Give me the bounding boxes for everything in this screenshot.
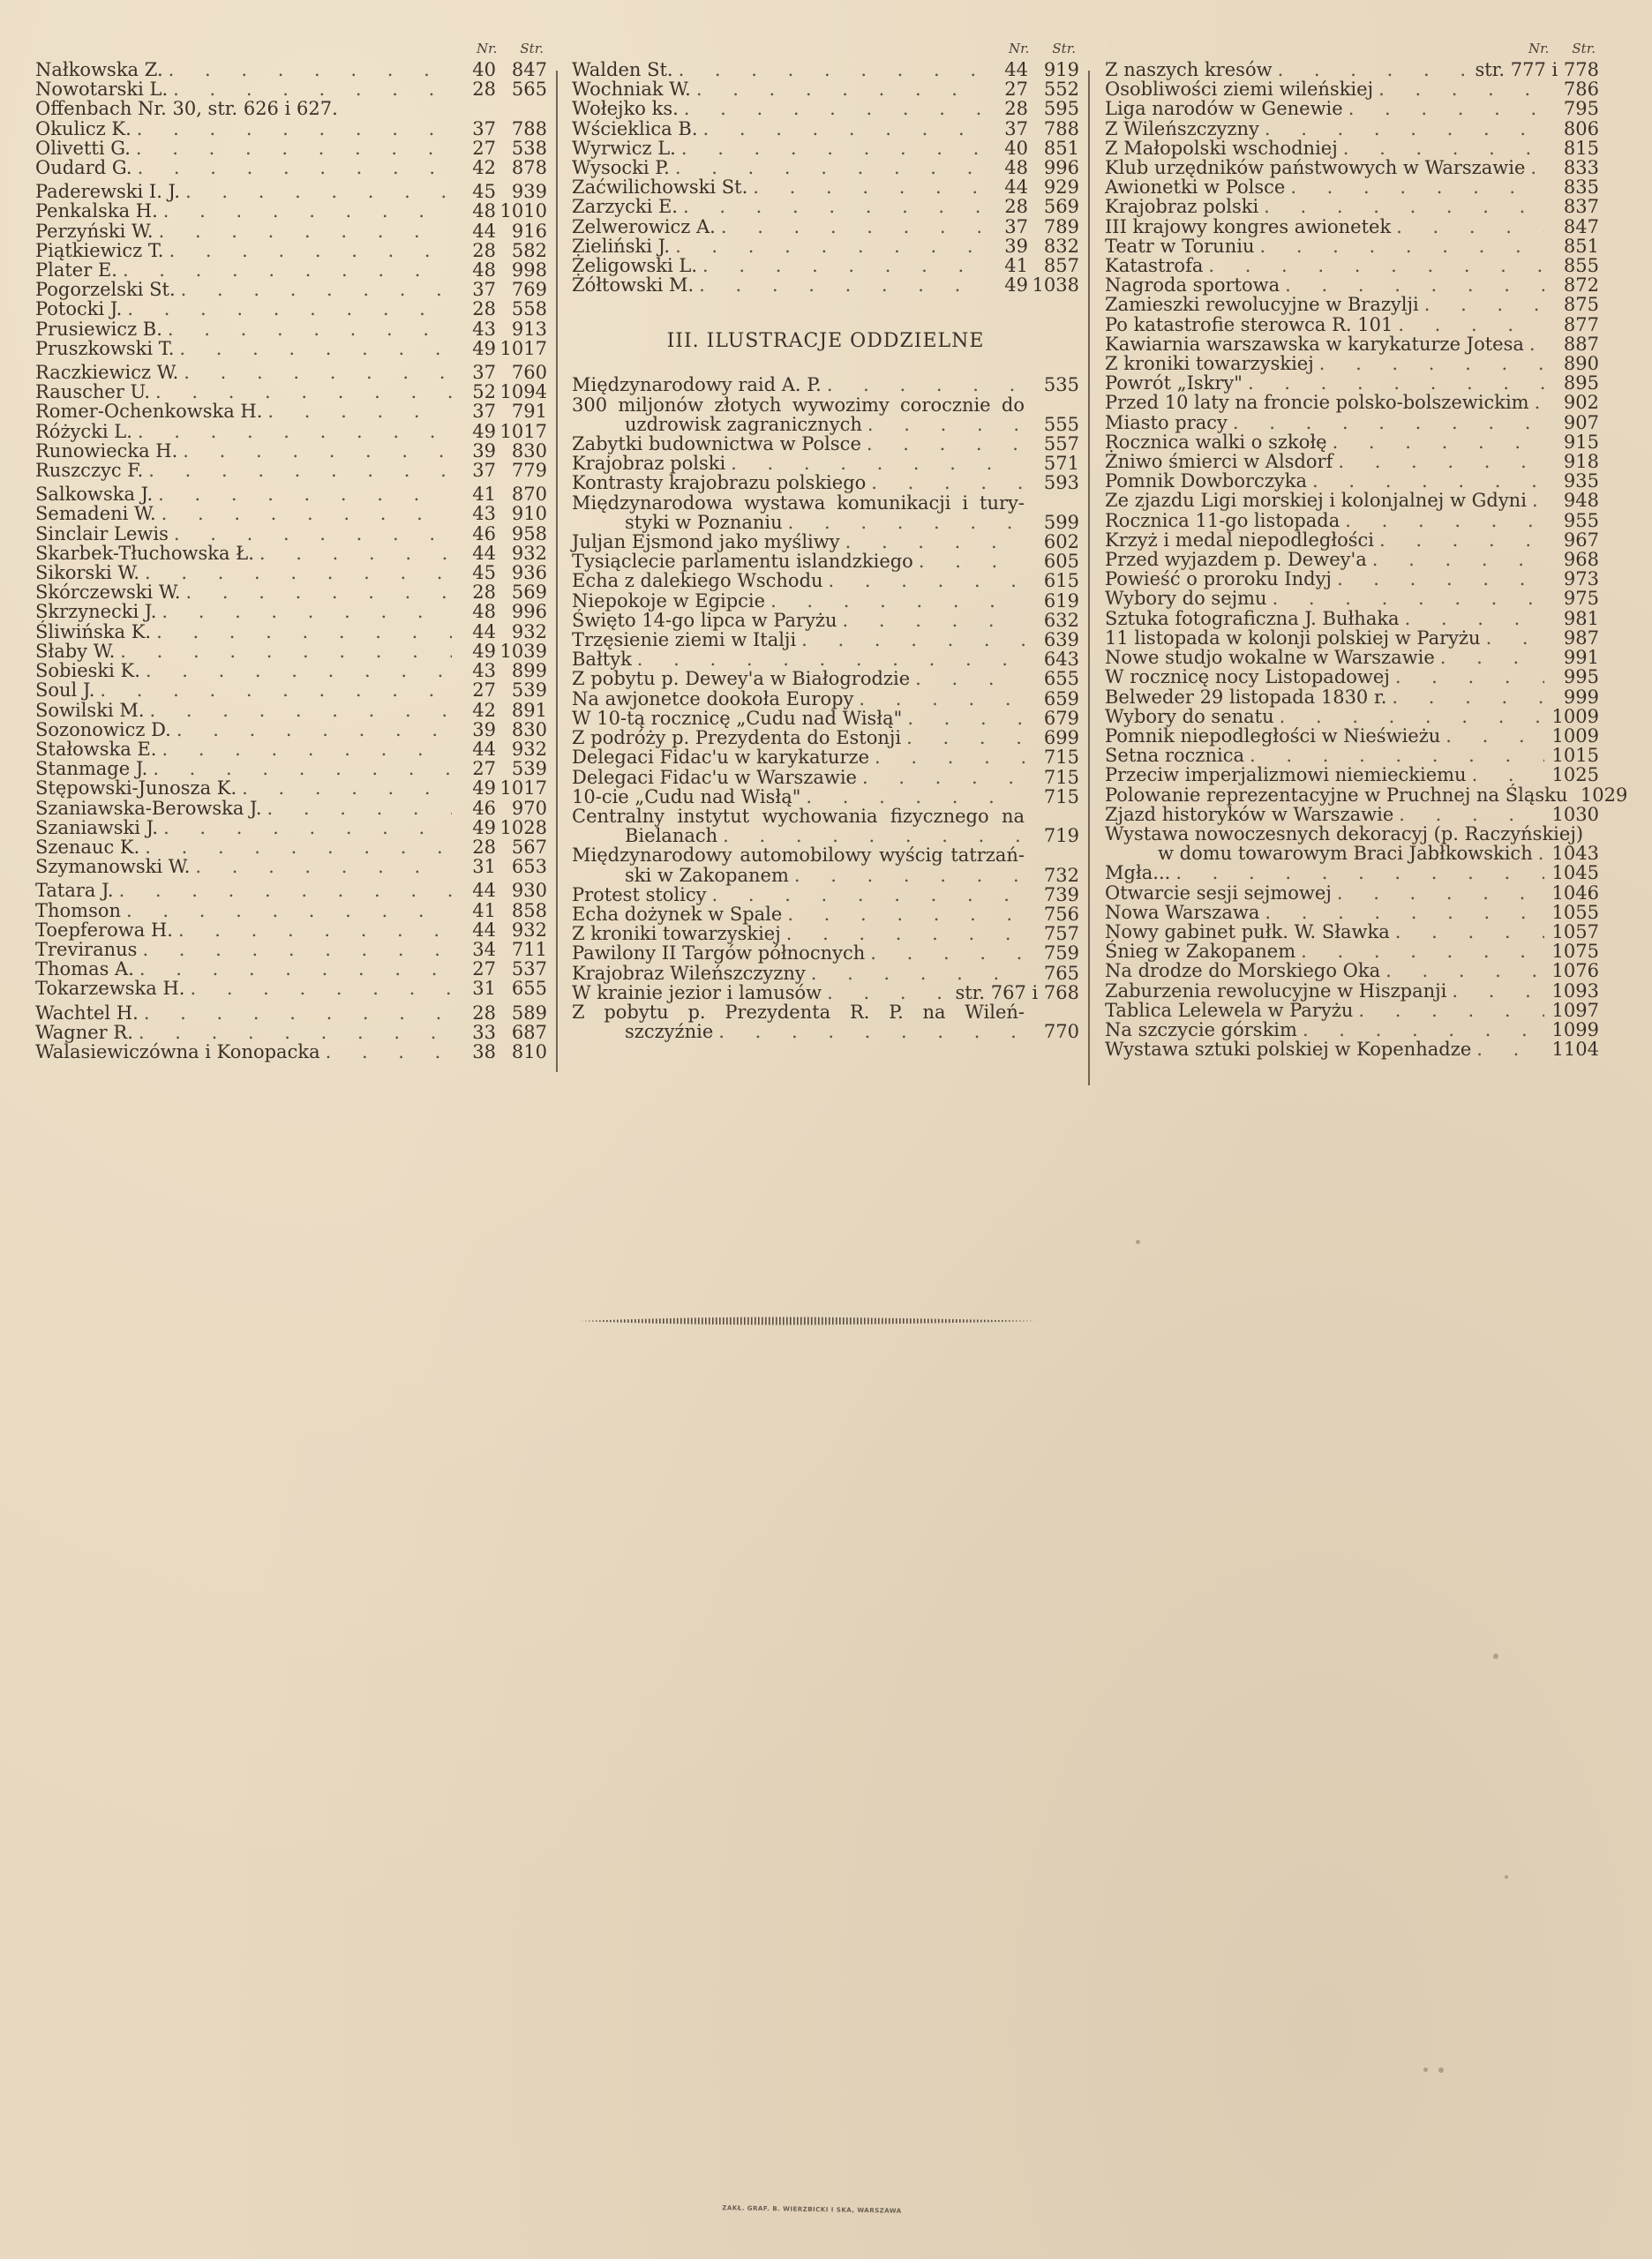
illustration-entry: Z naszych kresówstr. 777 i 778 xyxy=(1105,60,1599,79)
illustration-entry: Awionetki w Polsce835 xyxy=(1105,177,1599,197)
entry-title: Śnieg w Zakopanem xyxy=(1105,942,1295,961)
entry-name: Salkowska J. xyxy=(35,484,153,504)
index-entry: Soul J.27539 xyxy=(35,680,547,700)
entry-page-number: 958 xyxy=(496,524,547,544)
index-entry: Stępowski-Junosza K.491017 xyxy=(35,778,547,798)
index-entry: Walden St.44919 xyxy=(572,60,1079,79)
index-entry: Zaćwilichowski St.44929 xyxy=(572,177,1079,197)
index-entry: Szenauc K.28567 xyxy=(35,837,547,857)
entry-page-number: 847 xyxy=(496,60,547,79)
entry-issue-number: 33 xyxy=(457,1023,496,1042)
dot-leader xyxy=(862,768,1025,787)
entry-name: Olivetti G. xyxy=(35,139,131,158)
entry-issue-number: 28 xyxy=(457,837,496,857)
entry-name: Thomson xyxy=(35,901,121,920)
entry-page-number: 832 xyxy=(1028,236,1079,256)
illustration-entry: W rocznicę nocy Listopadowej995 xyxy=(1105,667,1599,687)
index-entry: Plater E.48998 xyxy=(35,260,547,280)
entry-title-continued: w domu towarowym Braci Jabłkowskich1043 xyxy=(1105,844,1599,863)
entry-page-number: 1009 xyxy=(1550,726,1599,746)
dot-leader xyxy=(906,728,1025,747)
index-page: Nr. Str. Nałkowska Z.40847Nowotarski L.2… xyxy=(0,0,1652,2259)
entry-title: Z Małopolski wschodniej xyxy=(1105,139,1338,158)
entry-page-number: 932 xyxy=(496,920,547,940)
column-divider xyxy=(556,71,558,1072)
dot-leader xyxy=(788,513,1025,532)
dot-leader xyxy=(150,701,452,720)
dot-leader xyxy=(859,689,1025,709)
entry-title: Powieść o proroku Indyj xyxy=(1105,569,1332,589)
header-nr: Nr. xyxy=(1009,37,1029,60)
entry-issue-number: 43 xyxy=(457,504,496,523)
entry-page-number: 837 xyxy=(1550,197,1599,216)
entry-page-number: 899 xyxy=(496,661,547,680)
index-entry: Perzyński W.44916 xyxy=(35,221,547,241)
entry-title: Międzynarodowy automobilowy wyścig tatrz… xyxy=(572,845,1079,865)
entry-issue-number: 39 xyxy=(457,720,496,739)
dot-leader xyxy=(637,649,1025,669)
dot-leader xyxy=(699,275,984,295)
entry-name: Thomas A. xyxy=(35,959,134,979)
illustration-entry: Centralny instytut wychowania fizycznego… xyxy=(572,807,1079,845)
illustration-entry: Z pobytu p. Dewey'a w Białogrodzie655 xyxy=(572,669,1079,688)
entry-title: Rocznica walki o szkołę xyxy=(1105,432,1327,452)
dot-leader xyxy=(1280,707,1544,726)
entry-name: Potocki J. xyxy=(35,299,122,319)
entry-name: Toepferowa H. xyxy=(35,920,173,940)
entry-page-number: 605 xyxy=(1030,552,1079,571)
entry-name: Żółtowski M. xyxy=(572,275,694,295)
index-entry: Zelwerowicz A.37789 xyxy=(572,217,1079,236)
entry-title-tail: w domu towarowym Braci Jabłkowskich xyxy=(1158,844,1533,863)
entry-issue-number: 46 xyxy=(457,524,496,544)
illustration-entry: Kontrasty krajobrazu polskiego593 xyxy=(572,473,1079,492)
entry-title: W krainie jezior i lamusów xyxy=(572,983,822,1002)
entry-page-number: 569 xyxy=(1028,197,1079,216)
entry-issue-number: 43 xyxy=(457,319,496,339)
entry-page-number: 557 xyxy=(1030,434,1079,454)
entry-title: Belweder 29 listopada 1830 r. xyxy=(1105,687,1386,707)
entry-page-number: 719 xyxy=(1030,826,1079,845)
column-header: Nr. Str. xyxy=(572,37,1079,60)
entry-title: Międzynarodowa wystawa komunikacji i tur… xyxy=(572,493,1079,513)
entry-page-number: 795 xyxy=(1550,99,1599,118)
dot-leader xyxy=(1538,844,1544,863)
entry-title: W rocznicę nocy Listopadowej xyxy=(1105,667,1390,687)
entry-page-number: 1057 xyxy=(1550,922,1599,942)
illustration-entry: Trzęsienie ziemi w Italji639 xyxy=(572,630,1079,649)
dot-leader xyxy=(1440,648,1544,667)
entry-issue-number: 44 xyxy=(989,60,1028,79)
index-entry: Tatara J.44930 xyxy=(35,881,547,900)
entry-issue-number: 44 xyxy=(457,881,496,900)
dot-leader xyxy=(1348,99,1544,118)
entry-title: Przeciw imperjalizmowi niemieckiemu xyxy=(1105,765,1467,784)
entry-issue-number: 37 xyxy=(989,119,1028,139)
entry-name: Raczkiewicz W. xyxy=(35,363,178,382)
entry-issue-number: 44 xyxy=(457,920,496,940)
index-entry: Rauscher U.521094 xyxy=(35,382,547,402)
illustration-entry: Międzynarodowa wystawa komunikacji i tur… xyxy=(572,493,1079,532)
entry-page-number: 835 xyxy=(1550,177,1599,197)
dot-leader xyxy=(155,382,452,402)
entry-name: Plater E. xyxy=(35,260,117,280)
entry-page-number: 789 xyxy=(1028,217,1079,236)
illustration-entry: Święto 14-go lipca w Paryżu632 xyxy=(572,611,1079,630)
entry-page-number: 1025 xyxy=(1550,765,1599,784)
entry-title: Na szczycie górskim xyxy=(1105,1020,1297,1039)
entry-page-number: 935 xyxy=(1550,471,1599,491)
dot-leader xyxy=(326,1042,452,1062)
entry-page-number: 1043 xyxy=(1550,844,1599,863)
illustration-entry: Delegaci Fidac'u w karykaturze715 xyxy=(572,747,1079,767)
illustration-entry: Z kroniki towarzyskiej757 xyxy=(572,924,1079,943)
illustration-entry: Krzyż i medal niepodległości967 xyxy=(1105,530,1599,550)
entry-page-number: 791 xyxy=(496,402,547,421)
dot-leader xyxy=(139,1023,452,1042)
entry-issue-number: 48 xyxy=(457,201,496,221)
illustration-entry: 300 miljonów złotych wywozimy corocznie … xyxy=(572,395,1079,434)
header-nr: Nr. xyxy=(1528,37,1549,60)
entry-page-number: 1097 xyxy=(1550,1001,1599,1020)
entry-page-number: 739 xyxy=(1030,885,1079,904)
dot-leader xyxy=(723,826,1025,845)
entry-page-number: 948 xyxy=(1550,491,1599,510)
entry-title: Juljan Ejsmond jako myśliwy xyxy=(572,532,840,552)
entry-page-number: 653 xyxy=(496,857,547,876)
entry-title-continued: Bielanach719 xyxy=(572,826,1079,845)
illustration-entry: Pomnik niepodległości w Nieświeżu1009 xyxy=(1105,726,1599,746)
entry-name: Soul J. xyxy=(35,680,94,700)
dot-leader xyxy=(137,119,452,139)
dot-leader xyxy=(1486,628,1544,648)
entry-title-tail: ski w Zakopanem xyxy=(625,866,789,885)
dot-leader xyxy=(242,778,452,798)
dot-leader xyxy=(178,920,452,940)
entry-title: Nowy gabinet pułk. W. Sławka xyxy=(1105,922,1390,942)
dot-leader xyxy=(1301,942,1544,961)
entry-issue-number: 28 xyxy=(989,99,1028,118)
illustration-entry: Krajobraz polski571 xyxy=(572,454,1079,473)
entry-page-number: 1046 xyxy=(1550,883,1599,903)
entry-name: Nałkowska Z. xyxy=(35,60,163,79)
index-entry: Skrzynecki J.48996 xyxy=(35,602,547,621)
entry-name: Skrzynecki J. xyxy=(35,602,156,621)
entry-title: 10-cie „Cudu nad Wisłą" xyxy=(572,787,800,807)
illustration-entry: Osobliwości ziemi wileńskiej786 xyxy=(1105,79,1599,99)
entry-title: Klub urzędników państwowych w Warszawie xyxy=(1105,158,1525,177)
index-entry: Pogorzelski St.37769 xyxy=(35,280,547,299)
entry-page-number: 936 xyxy=(496,563,547,582)
entry-name: Skórczewski W. xyxy=(35,582,181,602)
dot-leader xyxy=(675,158,984,177)
dot-leader xyxy=(1273,589,1544,608)
dot-leader xyxy=(161,504,452,523)
dot-leader xyxy=(1265,903,1544,922)
entry-name: Walden St. xyxy=(572,60,673,79)
index-entry: Wochniak W.27552 xyxy=(572,79,1079,99)
index-entry: Ruszczyc F.37779 xyxy=(35,461,547,480)
entry-title-tail: uzdrowisk zagranicznych xyxy=(625,415,862,434)
entry-issue-number: 43 xyxy=(457,661,496,680)
dot-leader xyxy=(1175,863,1544,882)
illustration-entry: Miasto pracy907 xyxy=(1105,413,1599,432)
dot-leader xyxy=(843,611,1025,630)
entry-page-number: 932 xyxy=(496,739,547,759)
entry-title-continued: styki w Poznaniu599 xyxy=(572,513,1079,532)
entry-issue-number: 49 xyxy=(457,339,496,358)
entry-page-number: 1039 xyxy=(496,642,547,661)
entry-title: Protest stolicy xyxy=(572,885,707,904)
entry-name: Stałowska E. xyxy=(35,739,156,759)
dot-leader xyxy=(827,983,950,1002)
dot-leader xyxy=(146,661,452,680)
dot-leader xyxy=(100,680,452,700)
dot-leader xyxy=(144,1003,452,1023)
dot-leader xyxy=(126,901,452,920)
dot-leader xyxy=(185,182,452,201)
entry-name: Sobieski K. xyxy=(35,661,140,680)
dot-leader xyxy=(1345,511,1544,530)
illustration-entry: Przeciw imperjalizmowi niemieckiemu1025 xyxy=(1105,765,1599,784)
entry-title: Przed 10 laty na froncie polsko-bolszewi… xyxy=(1105,393,1529,412)
dot-leader xyxy=(753,177,984,197)
entry-page-number: 1028 xyxy=(496,818,547,837)
dot-leader xyxy=(770,591,1025,611)
illustration-entry: Niepokoje w Egipcie619 xyxy=(572,591,1079,611)
index-entry: Wagner R.33687 xyxy=(35,1023,547,1042)
entry-title: Zabytki budownictwa w Polsce xyxy=(572,434,861,454)
entry-issue-number: 39 xyxy=(457,441,496,461)
entry-page-number: 687 xyxy=(496,1023,547,1042)
dot-leader xyxy=(1259,236,1544,256)
dot-leader xyxy=(1472,765,1544,784)
dot-leader xyxy=(161,602,452,621)
dot-leader xyxy=(1424,295,1544,314)
entry-page-number: 632 xyxy=(1030,611,1079,630)
dot-leader xyxy=(1264,197,1544,216)
entry-page-number: 858 xyxy=(496,901,547,920)
dot-leader xyxy=(811,964,1025,983)
illustration-entry: Z podróży p. Prezydenta do Estonji699 xyxy=(572,728,1079,747)
entry-page-number: 806 xyxy=(1550,119,1599,139)
entry-page-number: 855 xyxy=(1550,256,1599,275)
dot-leader xyxy=(794,866,1025,885)
illustration-entry: Nowa Warszawa1055 xyxy=(1105,903,1599,922)
entry-name: Penkalska H. xyxy=(35,201,158,221)
entry-name: Skarbek-Tłuchowska Ł. xyxy=(35,544,254,563)
entry-issue-number: 49 xyxy=(457,422,496,441)
entry-name: Piątkiewicz T. xyxy=(35,241,163,260)
index-column-3: Nr. Str. Z naszych kresówstr. 777 i 778O… xyxy=(1105,37,1599,1059)
entry-name: Żeligowski L. xyxy=(572,256,697,275)
entry-page-number: 970 xyxy=(496,799,547,818)
entry-title: Bałtyk xyxy=(572,649,632,669)
dot-leader xyxy=(1372,550,1544,569)
entry-page-number: 659 xyxy=(1030,689,1079,709)
dot-leader xyxy=(139,959,452,979)
entry-issue-number: 31 xyxy=(457,979,496,998)
dot-leader xyxy=(1303,1020,1544,1039)
index-entry: Żółtowski M.491038 xyxy=(572,275,1079,295)
entry-page-number: 715 xyxy=(1030,787,1079,807)
entry-title: Echa z dalekiego Wschodu xyxy=(572,571,823,590)
entry-page-number: 655 xyxy=(496,979,547,998)
entry-page-number: 1094 xyxy=(496,382,547,402)
index-entry: Wyrwicz L.40851 xyxy=(572,139,1079,158)
entry-issue-number: 31 xyxy=(457,857,496,876)
entry-name: Tatara J. xyxy=(35,881,114,900)
dot-leader xyxy=(696,79,984,99)
entry-title: Krajobraz Wileńszczyzny xyxy=(572,964,806,983)
index-entry: Paderewski I. J.45939 xyxy=(35,182,547,201)
illustration-entry: Zabytki budownictwa w Polsce557 xyxy=(572,434,1079,454)
illustration-entry: Powieść o proroku Indyj973 xyxy=(1105,569,1599,589)
dot-leader xyxy=(684,99,984,118)
entry-name: Nowotarski L. xyxy=(35,79,168,99)
entry-title-tail: Bielanach xyxy=(625,826,717,845)
dot-leader xyxy=(156,622,452,642)
entry-title-continued: uzdrowisk zagranicznych555 xyxy=(572,415,1079,434)
entry-title: Zaburzenia rewolucyjne w Hiszpanji xyxy=(1105,981,1446,1001)
dot-leader xyxy=(1399,805,1544,824)
dot-leader xyxy=(1208,256,1544,275)
entry-page-number: 602 xyxy=(1030,532,1079,552)
entry-page-number: 1029 xyxy=(1578,785,1627,805)
entry-title: Z pobytu p. Dewey'a w Białogrodzie xyxy=(572,669,910,688)
illustration-entry: Z Wileńszczyzny806 xyxy=(1105,119,1599,139)
entry-page-number: 1030 xyxy=(1550,805,1599,824)
illustration-entry: W krainie jezior i lamusówstr. 767 i 768 xyxy=(572,983,1079,1002)
dot-leader xyxy=(1250,746,1544,765)
entry-title: Kontrasty krajobrazu polskiego xyxy=(572,473,866,492)
dot-leader xyxy=(127,299,452,319)
entry-page-number: 655 xyxy=(1030,669,1079,688)
entry-title: Miasto pracy xyxy=(1105,413,1228,432)
ornament-rule-icon xyxy=(578,1317,1037,1325)
entry-page-number: 615 xyxy=(1030,571,1079,590)
entry-title: Zjazd historyków w Warszawie xyxy=(1105,805,1393,824)
entry-page-number: 987 xyxy=(1550,628,1599,648)
index-entry: Thomson41858 xyxy=(35,901,547,920)
header-str: Str. xyxy=(520,37,544,60)
index-entry: Wścieklica B.37788 xyxy=(572,119,1079,139)
entry-title: Zamieszki rewolucyjne w Brazylji xyxy=(1105,295,1419,314)
entry-page-number: 1055 xyxy=(1550,903,1599,922)
entry-name: Wachtel H. xyxy=(35,1003,139,1023)
entry-title: Pomnik niepodległości w Nieświeżu xyxy=(1105,726,1440,746)
dot-leader xyxy=(1278,60,1470,79)
entry-page-number: 759 xyxy=(1030,943,1079,963)
entry-title: Pawilony II Targów północnych xyxy=(572,943,865,963)
entry-name: Szenauc K. xyxy=(35,837,139,857)
index-entry: Semadeni W.43910 xyxy=(35,504,547,523)
illustration-entry: Z pobytu p. Prezydenta R. P. na Wileń-sz… xyxy=(572,1002,1079,1041)
entry-page-number: 558 xyxy=(496,299,547,319)
entry-page-number: 599 xyxy=(1030,513,1079,532)
entry-title: Echa dożynek w Spale xyxy=(572,904,782,924)
entry-name: Śliwińska K. xyxy=(35,622,151,642)
header-str: Str. xyxy=(1052,37,1076,60)
index-entry: Olivetti G.27538 xyxy=(35,139,547,158)
paper-speck xyxy=(1136,1240,1140,1244)
index-entry: Różycki L.491017 xyxy=(35,422,547,441)
entry-name: Ruszczyc F. xyxy=(35,461,143,480)
illustration-entry: Zjazd historyków w Warszawie1030 xyxy=(1105,805,1599,824)
entry-issue-number: 41 xyxy=(457,484,496,504)
dot-leader xyxy=(875,747,1025,767)
entry-issue-number: 28 xyxy=(457,299,496,319)
entry-page-number: 619 xyxy=(1030,591,1079,611)
header-str: Str. xyxy=(1572,37,1596,60)
entry-name: Runowiecka H. xyxy=(35,441,177,461)
dot-leader xyxy=(163,818,452,837)
entry-issue-number: 28 xyxy=(457,582,496,602)
entry-page-number: 779 xyxy=(496,461,547,480)
illustration-entry: Polowanie reprezentacyjne w Pruchnej na … xyxy=(1105,785,1599,805)
entry-name: Sozonowicz D. xyxy=(35,720,171,739)
entry-issue-number: 37 xyxy=(457,461,496,480)
entry-name: Paderewski I. J. xyxy=(35,182,180,201)
entry-issue-number: 42 xyxy=(457,701,496,720)
entry-page-number: 887 xyxy=(1550,334,1599,354)
entry-name: Pogorzelski St. xyxy=(35,280,176,299)
entry-page-number: 902 xyxy=(1550,393,1599,412)
entry-name: Stępowski-Junosza K. xyxy=(35,778,237,798)
illustration-entry: Klub urzędników państwowych w Warszawie8… xyxy=(1105,158,1599,177)
index-entry: Stałowska E.44932 xyxy=(35,739,547,759)
entry-page-number: 571 xyxy=(1030,454,1079,473)
dot-leader xyxy=(907,709,1025,728)
entry-page-number: 939 xyxy=(496,182,547,201)
entry-page-number: 539 xyxy=(496,680,547,700)
entry-title: 11 listopada w kolonji polskiej w Paryżu xyxy=(1105,628,1481,648)
dot-leader xyxy=(142,940,452,959)
paper-speck xyxy=(1493,1654,1498,1659)
entry-issue-number: 27 xyxy=(457,759,496,778)
dot-leader xyxy=(867,415,1025,434)
illustration-entry: Otwarcie sesji sejmowej1046 xyxy=(1105,883,1599,903)
entry-title: Z kroniki towarzyskiej xyxy=(572,924,781,943)
index-entry: Wysocki P.48996 xyxy=(572,158,1079,177)
entry-page-number: 929 xyxy=(1028,177,1079,197)
entry-name: Sinclair Lewis xyxy=(35,524,169,544)
entry-page-number: 918 xyxy=(1550,452,1599,471)
entry-title: Święto 14-go lipca w Paryżu xyxy=(572,611,837,630)
entry-name: Romer-Ochenkowska H. xyxy=(35,402,262,421)
illustration-entry: Przed 10 laty na froncie polsko-bolszewi… xyxy=(1105,393,1599,412)
dot-leader xyxy=(712,885,1025,904)
dot-leader xyxy=(159,221,452,241)
illustration-entry: Z Małopolski wschodniej815 xyxy=(1105,139,1599,158)
entry-page-number: 1038 xyxy=(1028,275,1079,295)
index-entry: Toepferowa H.44932 xyxy=(35,920,547,940)
entry-page-number: 711 xyxy=(496,940,547,959)
entry-issue-number: 52 xyxy=(457,382,496,402)
entry-page-number: 639 xyxy=(1030,630,1079,649)
entry-title: Nagroda sportowa xyxy=(1105,275,1280,295)
entry-page-number: 878 xyxy=(496,158,547,177)
entry-page-number: 589 xyxy=(496,1003,547,1023)
illustration-entry: Katastrofa855 xyxy=(1105,256,1599,275)
entry-issue-number: 49 xyxy=(457,642,496,661)
illustration-entry: Na drodze do Morskiego Oka1076 xyxy=(1105,961,1599,980)
illustration-entry: Sztuka fotograficzna J. Bułhaka981 xyxy=(1105,609,1599,628)
entry-page-number: 555 xyxy=(1030,415,1079,434)
dot-leader xyxy=(1343,139,1544,158)
entry-page-number: 770 xyxy=(1030,1022,1079,1041)
entry-issue-number: 37 xyxy=(989,217,1028,236)
